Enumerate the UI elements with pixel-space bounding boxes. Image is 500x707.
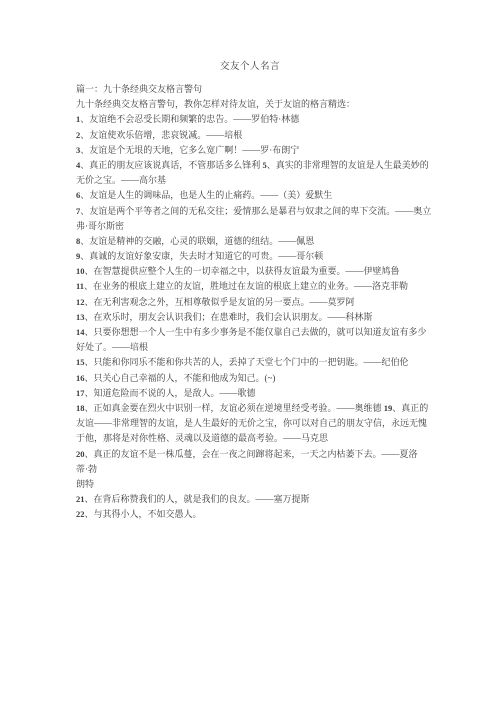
text-line: 友谊——非常理智的友谊，是人生最好的无价之宝，你可以对自己的朋友守信，永远无愧 bbox=[76, 416, 428, 431]
text-line: 10、在智慧提供应整个人生的一切幸福之中，以获得友谊最为重要。——伊壁鸠鲁 bbox=[76, 264, 428, 279]
quote-text: 、友谊是精神的交融，心灵的联姻，道德的纽结。——佩恩 bbox=[80, 236, 314, 246]
text-line: 无价之宝。——高尔基 bbox=[76, 173, 428, 188]
quote-text: 、真正的 bbox=[392, 403, 428, 413]
quote-text: 、真正的友谊不是一株瓜蔓，会在一夜之间蹿将起来，一天之内枯萎下去。——夏洛 bbox=[85, 449, 418, 459]
text-line: 8、友谊是精神的交融，心灵的联姻，道德的纽结。——佩恩 bbox=[76, 234, 428, 249]
quote-text: 、在无利害观念之外，互相尊敬似乎是友谊的另一要点。——莫罗阿 bbox=[85, 297, 355, 307]
quote-number: 22 bbox=[76, 509, 85, 519]
quote-number: 11 bbox=[76, 281, 84, 291]
quote-number: 20 bbox=[76, 449, 85, 459]
text-line: 22、与其得小人，不如交愚人。 bbox=[76, 507, 428, 522]
quote-number: 15 bbox=[76, 357, 85, 367]
quote-text: 、真诚的友谊好象安康，失去时才知道它的可贵。——哥尔顿 bbox=[80, 251, 323, 261]
quote-text: 、与其得小人，不如交愚人。 bbox=[85, 509, 202, 519]
text-line: 1、友谊绝不会忍受长期和频繁的忠告。——罗伯特·林德 bbox=[76, 112, 428, 127]
quote-number: 18 bbox=[76, 403, 85, 413]
text-line: 12、在无利害观念之外，互相尊敬似乎是友谊的另一要点。——莫罗阿 bbox=[76, 295, 428, 310]
quote-text: 、真实的非常理智的友谊是人生最美妙的 bbox=[267, 160, 429, 170]
quote-text: 、在智慧提供应整个人生的一切幸福之中，以获得友谊最为重要。——伊壁鸠鲁 bbox=[85, 266, 400, 276]
text-line: 好处了。——培根 bbox=[76, 340, 428, 355]
quote-text: 友谊——非常理智的友谊，是人生最好的无价之宝，你可以对自己的朋友守信，永远无愧 bbox=[76, 418, 427, 428]
quote-text: 无价之宝。——高尔基 bbox=[76, 175, 166, 185]
quote-text: 、友谊是两个平等者之间的无私交往；爱情那么是暴君与奴隶之间的卑下交流。——奥立 bbox=[80, 206, 431, 216]
quote-text: 、只要你想想一个人一生中有多少事务是不能仅靠自己去做的，就可以知道友谊有多少 bbox=[85, 327, 427, 337]
quote-text: 、友谊绝不会忍受长期和频繁的忠告。——罗伯特·林德 bbox=[80, 114, 299, 124]
text-line: 16、只关心自己幸福的人，不能和他成为知己。(~) bbox=[76, 371, 428, 386]
quote-number: 10 bbox=[76, 266, 85, 276]
quote-text: 、真正的朋友应该说真话，不管那话多么锋利 bbox=[80, 160, 262, 170]
quote-text: 、只关心自己幸福的人，不能和他成为知己。(~) bbox=[85, 373, 276, 383]
text-line: 11、在业务的根底上建立的友谊，胜地过在友谊的根底上建立的业务。——洛克菲勒 bbox=[76, 279, 428, 294]
quote-text: 朗特 bbox=[76, 479, 94, 489]
quote-text: 、友谊是人生的调味品，也是人生的止痛药。——（美）爱默生 bbox=[80, 190, 332, 200]
quote-number: 21 bbox=[76, 494, 85, 504]
text-line: 篇一：九十条经典交友格言警句 bbox=[76, 82, 428, 97]
quote-text: 、正如真金要在烈火中识别一样，友谊必须在逆境里经受考验。——奥维德 bbox=[85, 403, 384, 413]
page-title: 交友个人名言 bbox=[0, 61, 500, 74]
document-body: 篇一：九十条经典交友格言警句九十条经典交友格言警句，教你怎样对待友谊，关于友谊的… bbox=[76, 82, 428, 522]
quote-text: 九十条经典交友格言警句，教你怎样对待友谊，关于友谊的格言精选： bbox=[76, 99, 355, 109]
text-line: 朗特 bbox=[76, 477, 428, 492]
quote-number: 14 bbox=[76, 327, 85, 337]
text-line: 15、只能和你同乐不能和你共苦的人，丢掉了天堂七个门中的一把钥匙。——纪伯伦 bbox=[76, 355, 428, 370]
quote-text: 、在业务的根底上建立的友谊，胜地过在友谊的根底上建立的业务。——洛克菲勒 bbox=[84, 281, 408, 291]
quote-number: 16 bbox=[76, 373, 85, 383]
text-line: 20、真正的友谊不是一株瓜蔓，会在一夜之间蹿将起来，一天之内枯萎下去。——夏洛 bbox=[76, 447, 428, 462]
text-line: 13、在欢乐时，朋友会认识我们；在患难时，我们会认识朋友。——科林斯 bbox=[76, 310, 428, 325]
quote-text: 好处了。——培根 bbox=[76, 342, 148, 352]
text-line: 17、知道危险而不说的人，是敌人。——歌德 bbox=[76, 386, 428, 401]
quote-text: 篇一：九十条经典交友格言警句 bbox=[76, 84, 202, 94]
text-line: 3、友谊是个无垠的天地，它多么宽广啊！——罗·布朗宁 bbox=[76, 143, 428, 158]
text-line: 9、真诚的友谊好象安康，失去时才知道它的可贵。——哥尔顿 bbox=[76, 249, 428, 264]
quote-text: 弗·哥尔斯密 bbox=[76, 221, 124, 231]
quote-number: 12 bbox=[76, 297, 85, 307]
quote-text: 、友谊使欢乐倍增，悲哀锐减。——培根 bbox=[80, 130, 242, 140]
text-line: 21、在背后称赞我们的人，就是我们的良友。——塞万提斯 bbox=[76, 492, 428, 507]
quote-number: 19 bbox=[384, 403, 393, 413]
quote-text: 、在背后称赞我们的人，就是我们的良友。——塞万提斯 bbox=[85, 494, 310, 504]
text-line: 九十条经典交友格言警句，教你怎样对待友谊，关于友谊的格言精选： bbox=[76, 97, 428, 112]
quote-text: 、友谊是个无垠的天地，它多么宽广啊！——罗·布朗宁 bbox=[80, 145, 299, 155]
quote-number: 17 bbox=[76, 388, 85, 398]
quote-text: 于他，那将是对你性格、灵魂以及道德的最高考验。——马克思 bbox=[76, 433, 328, 443]
text-line: 2、友谊使欢乐倍增，悲哀锐减。——培根 bbox=[76, 128, 428, 143]
text-line: 蒂·勃 bbox=[76, 462, 428, 477]
quote-text: 蒂·勃 bbox=[76, 464, 97, 474]
document-page: 交友个人名言 篇一：九十条经典交友格言警句九十条经典交友格言警句，教你怎样对待友… bbox=[0, 0, 500, 707]
text-line: 弗·哥尔斯密 bbox=[76, 219, 428, 234]
quote-text: 、在欢乐时，朋友会认识我们；在患难时，我们会认识朋友。——科林斯 bbox=[85, 312, 373, 322]
text-line: 7、友谊是两个平等者之间的无私交往；爱情那么是暴君与奴隶之间的卑下交流。——奥立 bbox=[76, 204, 428, 219]
text-line: 6、友谊是人生的调味品，也是人生的止痛药。——（美）爱默生 bbox=[76, 188, 428, 203]
quote-text: 、知道危险而不说的人，是敌人。——歌德 bbox=[85, 388, 256, 398]
text-line: 于他，那将是对你性格、灵魂以及道德的最高考验。——马克思 bbox=[76, 431, 428, 446]
quote-number: 13 bbox=[76, 312, 85, 322]
quote-text: 、只能和你同乐不能和你共苦的人，丢掉了天堂七个门中的一把钥匙。——纪伯伦 bbox=[85, 357, 409, 367]
text-line: 18、正如真金要在烈火中识别一样，友谊必须在逆境里经受考验。——奥维德 19、真… bbox=[76, 401, 428, 416]
text-line: 4、真正的朋友应该说真话，不管那话多么锋利 5、真实的非常理智的友谊是人生最美妙… bbox=[76, 158, 428, 173]
text-line: 14、只要你想想一个人一生中有多少事务是不能仅靠自己去做的，就可以知道友谊有多少 bbox=[76, 325, 428, 340]
